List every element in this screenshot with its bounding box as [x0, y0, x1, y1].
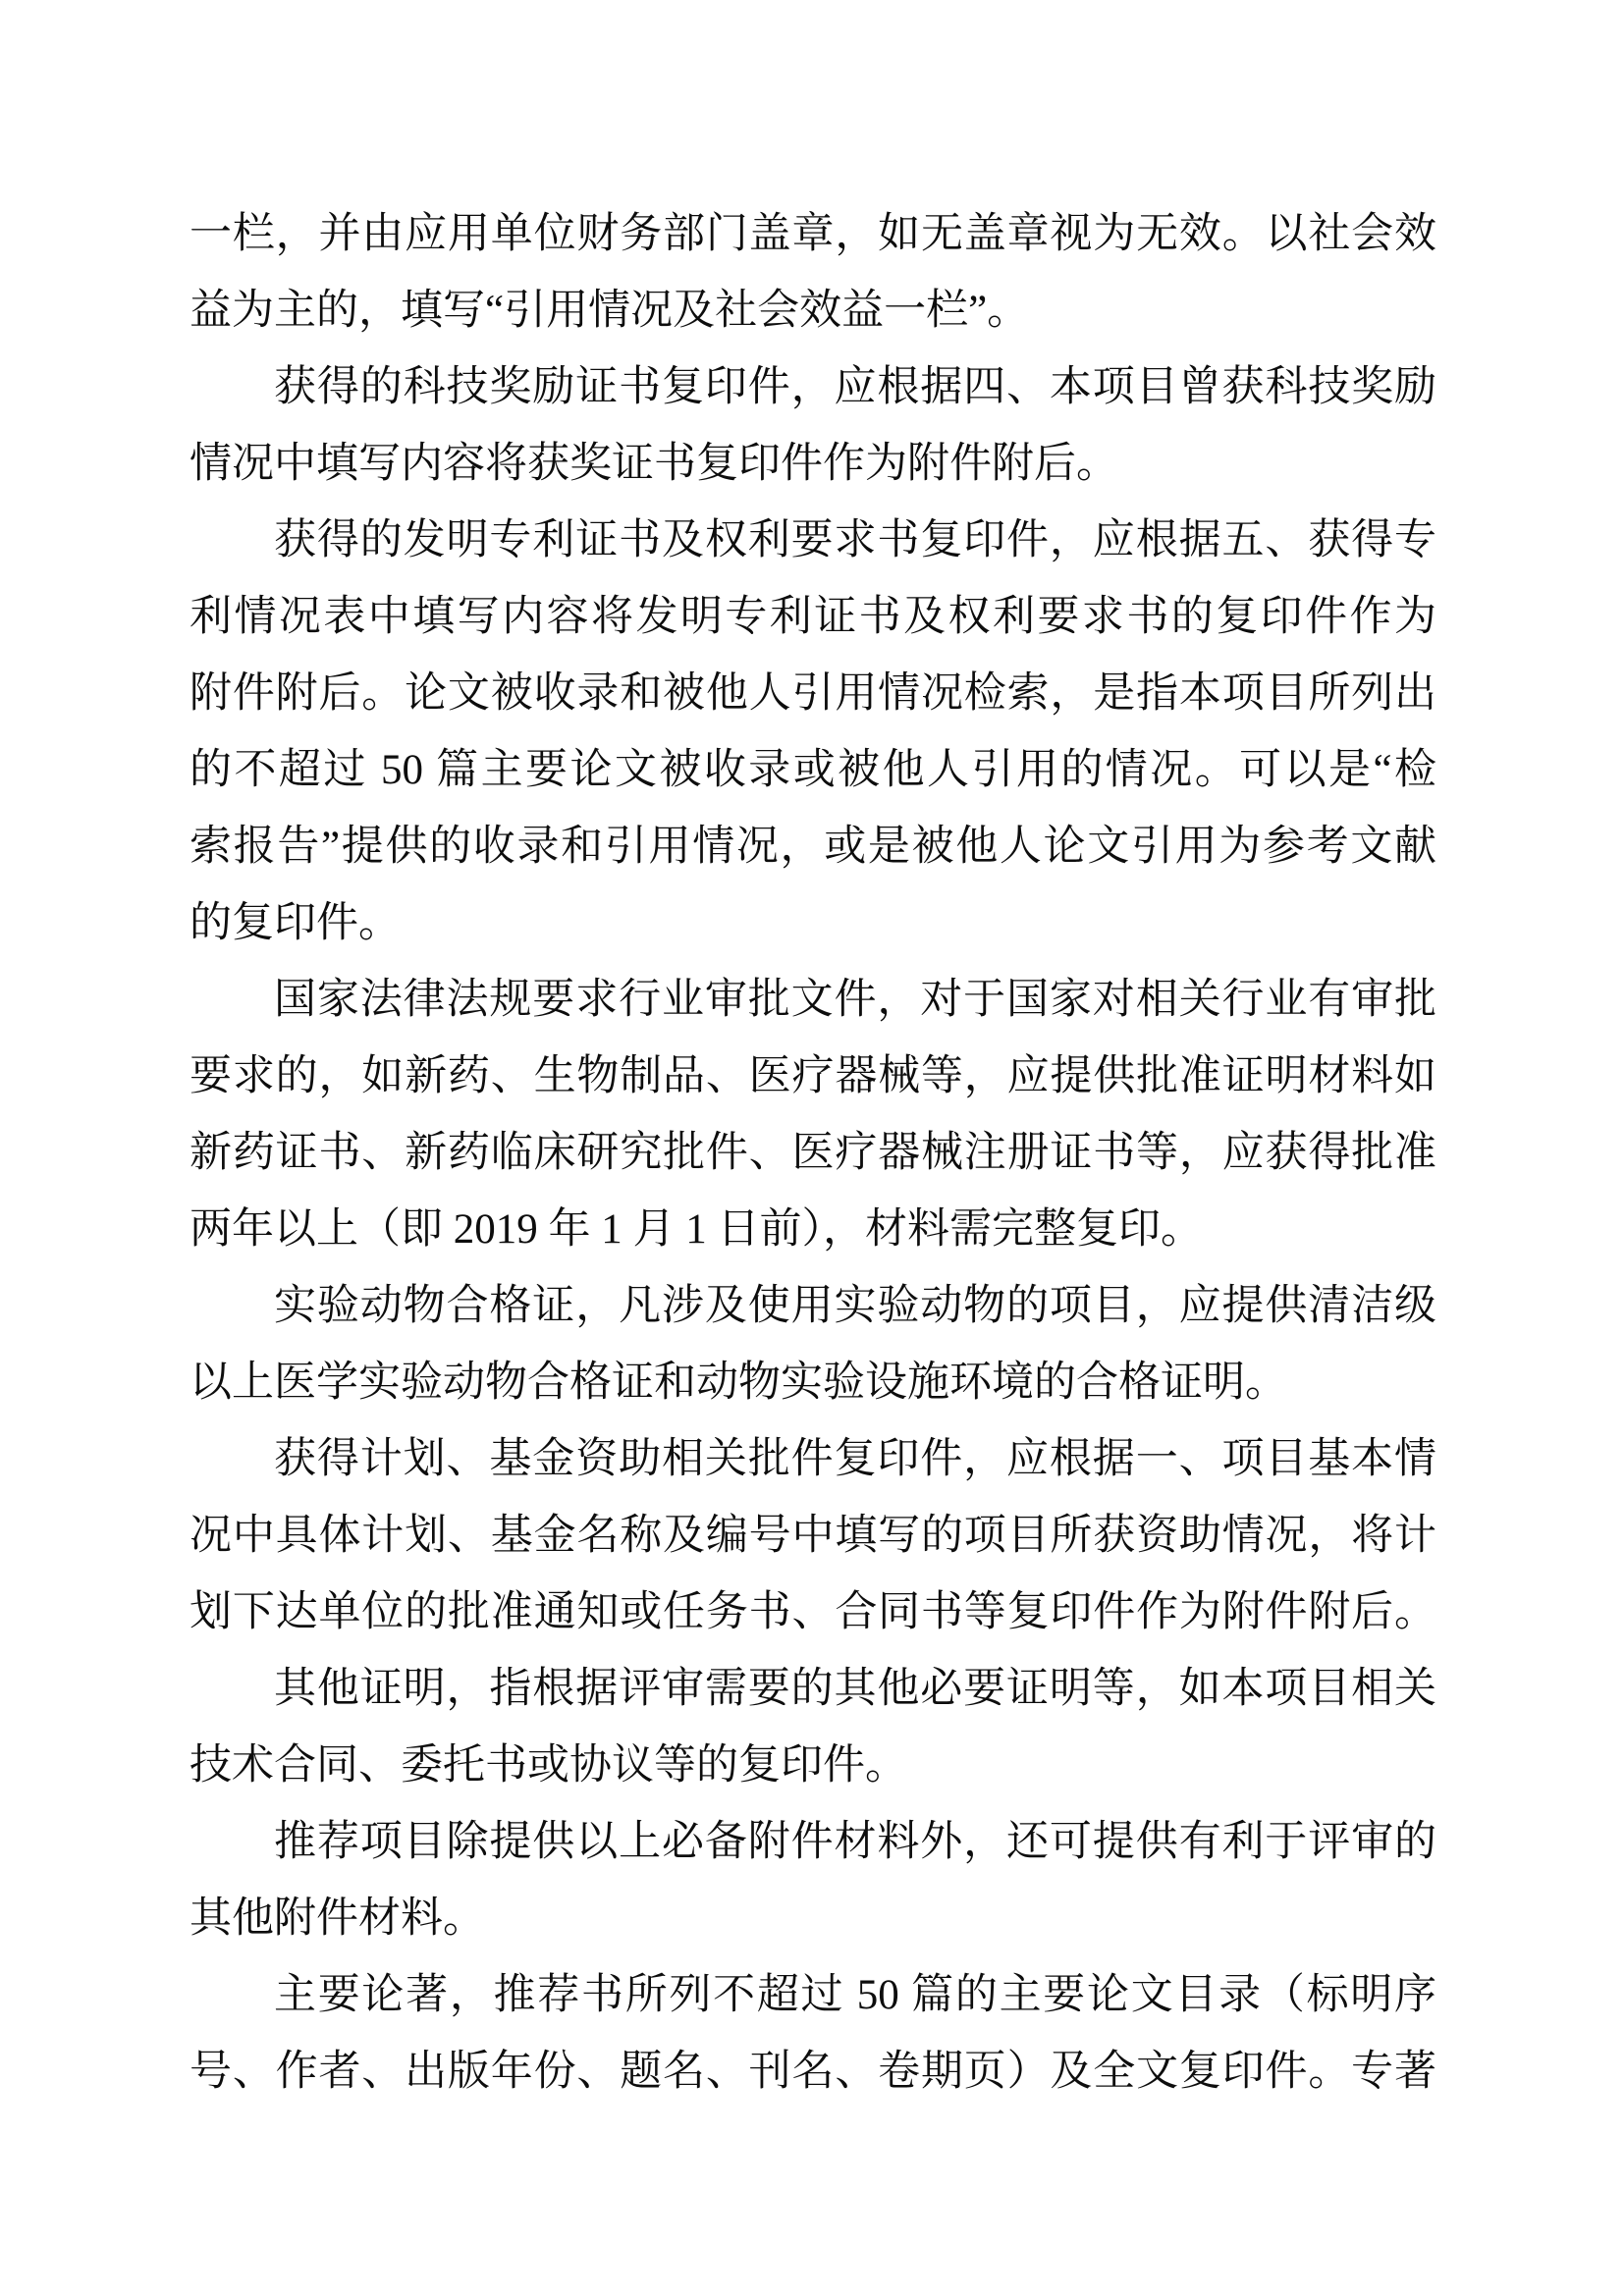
text-line: 一栏，并由应用单位财务部门盖章，如无盖章视为无效。以社会效 — [189, 196, 1436, 273]
text-line: 国家法律法规要求行业审批文件，对于国家对相关行业有审批 — [189, 962, 1436, 1039]
paragraph-8: 推荐项目除提供以上必备附件材料外，还可提供有利于评审的 其他附件材料。 — [189, 1804, 1436, 1957]
paragraph-9: 主要论著，推荐书所列不超过 50 篇的主要论文目录（标明序 号、作者、出版年份、… — [189, 1957, 1436, 2110]
text-line: 的复印件。 — [189, 885, 1436, 962]
text-line: 其他证明，指根据评审需要的其他必要证明等，如本项目相关 — [189, 1651, 1436, 1728]
text-line: 索报告”提供的收录和引用情况，或是被他人论文引用为参考文献 — [189, 809, 1436, 885]
text-line: 推荐项目除提供以上必备附件材料外，还可提供有利于评审的 — [189, 1804, 1436, 1881]
text-line: 利情况表中填写内容将发明专利证书及权利要求书的复印件作为 — [189, 579, 1436, 656]
text-line: 益为主的，填写“引用情况及社会效益一栏”。 — [189, 273, 1436, 349]
text-line: 主要论著，推荐书所列不超过 50 篇的主要论文目录（标明序 — [189, 1957, 1436, 2034]
text-line: 况中具体计划、基金名称及编号中填写的项目所获资助情况，将计 — [189, 1498, 1436, 1575]
text-line: 划下达单位的批准通知或任务书、合同书等复印件作为附件附后。 — [189, 1575, 1436, 1651]
document-page: 一栏，并由应用单位财务部门盖章，如无盖章视为无效。以社会效 益为主的，填写“引用… — [0, 0, 1624, 2296]
text-line: 的不超过 50 篇主要论文被收录或被他人引用的情况。可以是“检 — [189, 732, 1436, 809]
text-line: 技术合同、委托书或协议等的复印件。 — [189, 1728, 1436, 1804]
paragraph-4: 国家法律法规要求行业审批文件，对于国家对相关行业有审批 要求的，如新药、生物制品… — [189, 962, 1436, 1268]
text-line: 实验动物合格证，凡涉及使用实验动物的项目，应提供清洁级 — [189, 1268, 1436, 1345]
text-line: 情况中填写内容将获奖证书复印件作为附件附后。 — [189, 426, 1436, 503]
paragraph-5: 实验动物合格证，凡涉及使用实验动物的项目，应提供清洁级 以上医学实验动物合格证和… — [189, 1268, 1436, 1421]
text-line: 获得计划、基金资助相关批件复印件，应根据一、项目基本情 — [189, 1421, 1436, 1498]
paragraph-2: 获得的科技奖励证书复印件，应根据四、本项目曾获科技奖励 情况中填写内容将获奖证书… — [189, 349, 1436, 503]
text-line: 新药证书、新药临床研究批件、医疗器械注册证书等，应获得批准 — [189, 1115, 1436, 1192]
paragraph-1: 一栏，并由应用单位财务部门盖章，如无盖章视为无效。以社会效 益为主的，填写“引用… — [189, 196, 1436, 349]
text-line: 附件附后。论文被收录和被他人引用情况检索，是指本项目所列出 — [189, 656, 1436, 732]
document-body: 一栏，并由应用单位财务部门盖章，如无盖章视为无效。以社会效 益为主的，填写“引用… — [189, 196, 1436, 2110]
text-line: 获得的科技奖励证书复印件，应根据四、本项目曾获科技奖励 — [189, 349, 1436, 426]
text-line: 要求的，如新药、生物制品、医疗器械等，应提供批准证明材料如 — [189, 1039, 1436, 1115]
paragraph-6: 获得计划、基金资助相关批件复印件，应根据一、项目基本情 况中具体计划、基金名称及… — [189, 1421, 1436, 1651]
text-line: 号、作者、出版年份、题名、刊名、卷期页）及全文复印件。专著 — [189, 2034, 1436, 2110]
text-line: 两年以上（即 2019 年 1 月 1 日前），材料需完整复印。 — [189, 1192, 1436, 1268]
paragraph-3: 获得的发明专利证书及权利要求书复印件，应根据五、获得专 利情况表中填写内容将发明… — [189, 503, 1436, 962]
text-line: 以上医学实验动物合格证和动物实验设施环境的合格证明。 — [189, 1345, 1436, 1421]
text-line: 获得的发明专利证书及权利要求书复印件，应根据五、获得专 — [189, 503, 1436, 579]
text-line: 其他附件材料。 — [189, 1881, 1436, 1957]
paragraph-7: 其他证明，指根据评审需要的其他必要证明等，如本项目相关 技术合同、委托书或协议等… — [189, 1651, 1436, 1804]
